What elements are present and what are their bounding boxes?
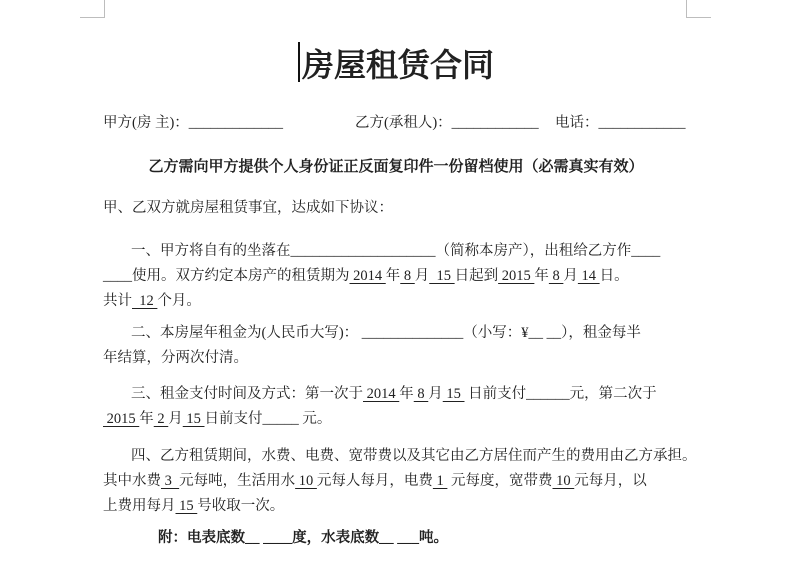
clause-3-line-1: 三、租金支付时间及方式：第一次于 2014 年 8 月 15 日前支付_____… [131, 385, 657, 404]
clause-4-line-1: 四、乙方租赁期间，水费、电费、宽带费以及其它由乙方居住而产生的费用由乙方承担。 [131, 447, 697, 466]
clause-1-line-2: ____使用。双方约定本房产的租赁期为 2014 年 8 月 15 日起到 20… [103, 267, 629, 286]
clause-4-line-2: 其中水费 3 元每吨，生活用水 10 元每人每月，电费 1 元每度，宽带费 10… [103, 472, 647, 491]
clause-4-line-3: 上费用每月 15 号收取一次。 [103, 497, 284, 516]
clause-1-line-1: 一、甲方将自有的坐落在____________________（简称本房产），出… [131, 242, 660, 261]
text-boundary-mark-top-right [686, 0, 711, 18]
party-a-field: 甲方(房 主)：_____________ [103, 111, 283, 132]
agreement-intro: 甲、乙双方就房屋租赁事宜，达成如下协议： [103, 199, 393, 218]
party-b-field: 乙方(承租人)：____________ [355, 111, 539, 132]
clause-1-line-3: 共计 12 个月。 [103, 292, 201, 311]
document-title-row: 房屋租赁合同 [103, 42, 689, 85]
clause-3-line-2: 2015 年 2 月 15 日前支付_____ 元。 [103, 410, 331, 429]
attachment-meter-readings: 附：电表底数__ ____度，水表底数__ ___吨。 [158, 529, 448, 548]
id-copy-notice: 乙方需向甲方提供个人身份证正反面复印件一份留档使用（必需真实有效） [103, 157, 689, 177]
clause-2-line-2: 年结算，分两次付清。 [103, 349, 248, 368]
parties-row: 甲方(房 主)：_____________ 乙方(承租人)：__________… [103, 111, 703, 133]
text-cursor [298, 42, 300, 82]
clause-2-line-1: 二、本房屋年租金为(人民币大写)： ______________（小写：¥__ … [131, 324, 641, 343]
document-title: 房屋租赁合同 [302, 47, 494, 83]
phone-field: 电话：____________ [555, 111, 686, 132]
text-boundary-mark-top-left [80, 0, 105, 18]
document-page[interactable]: 房屋租赁合同 甲方(房 主)：_____________ 乙方(承租人)：___… [0, 0, 800, 561]
